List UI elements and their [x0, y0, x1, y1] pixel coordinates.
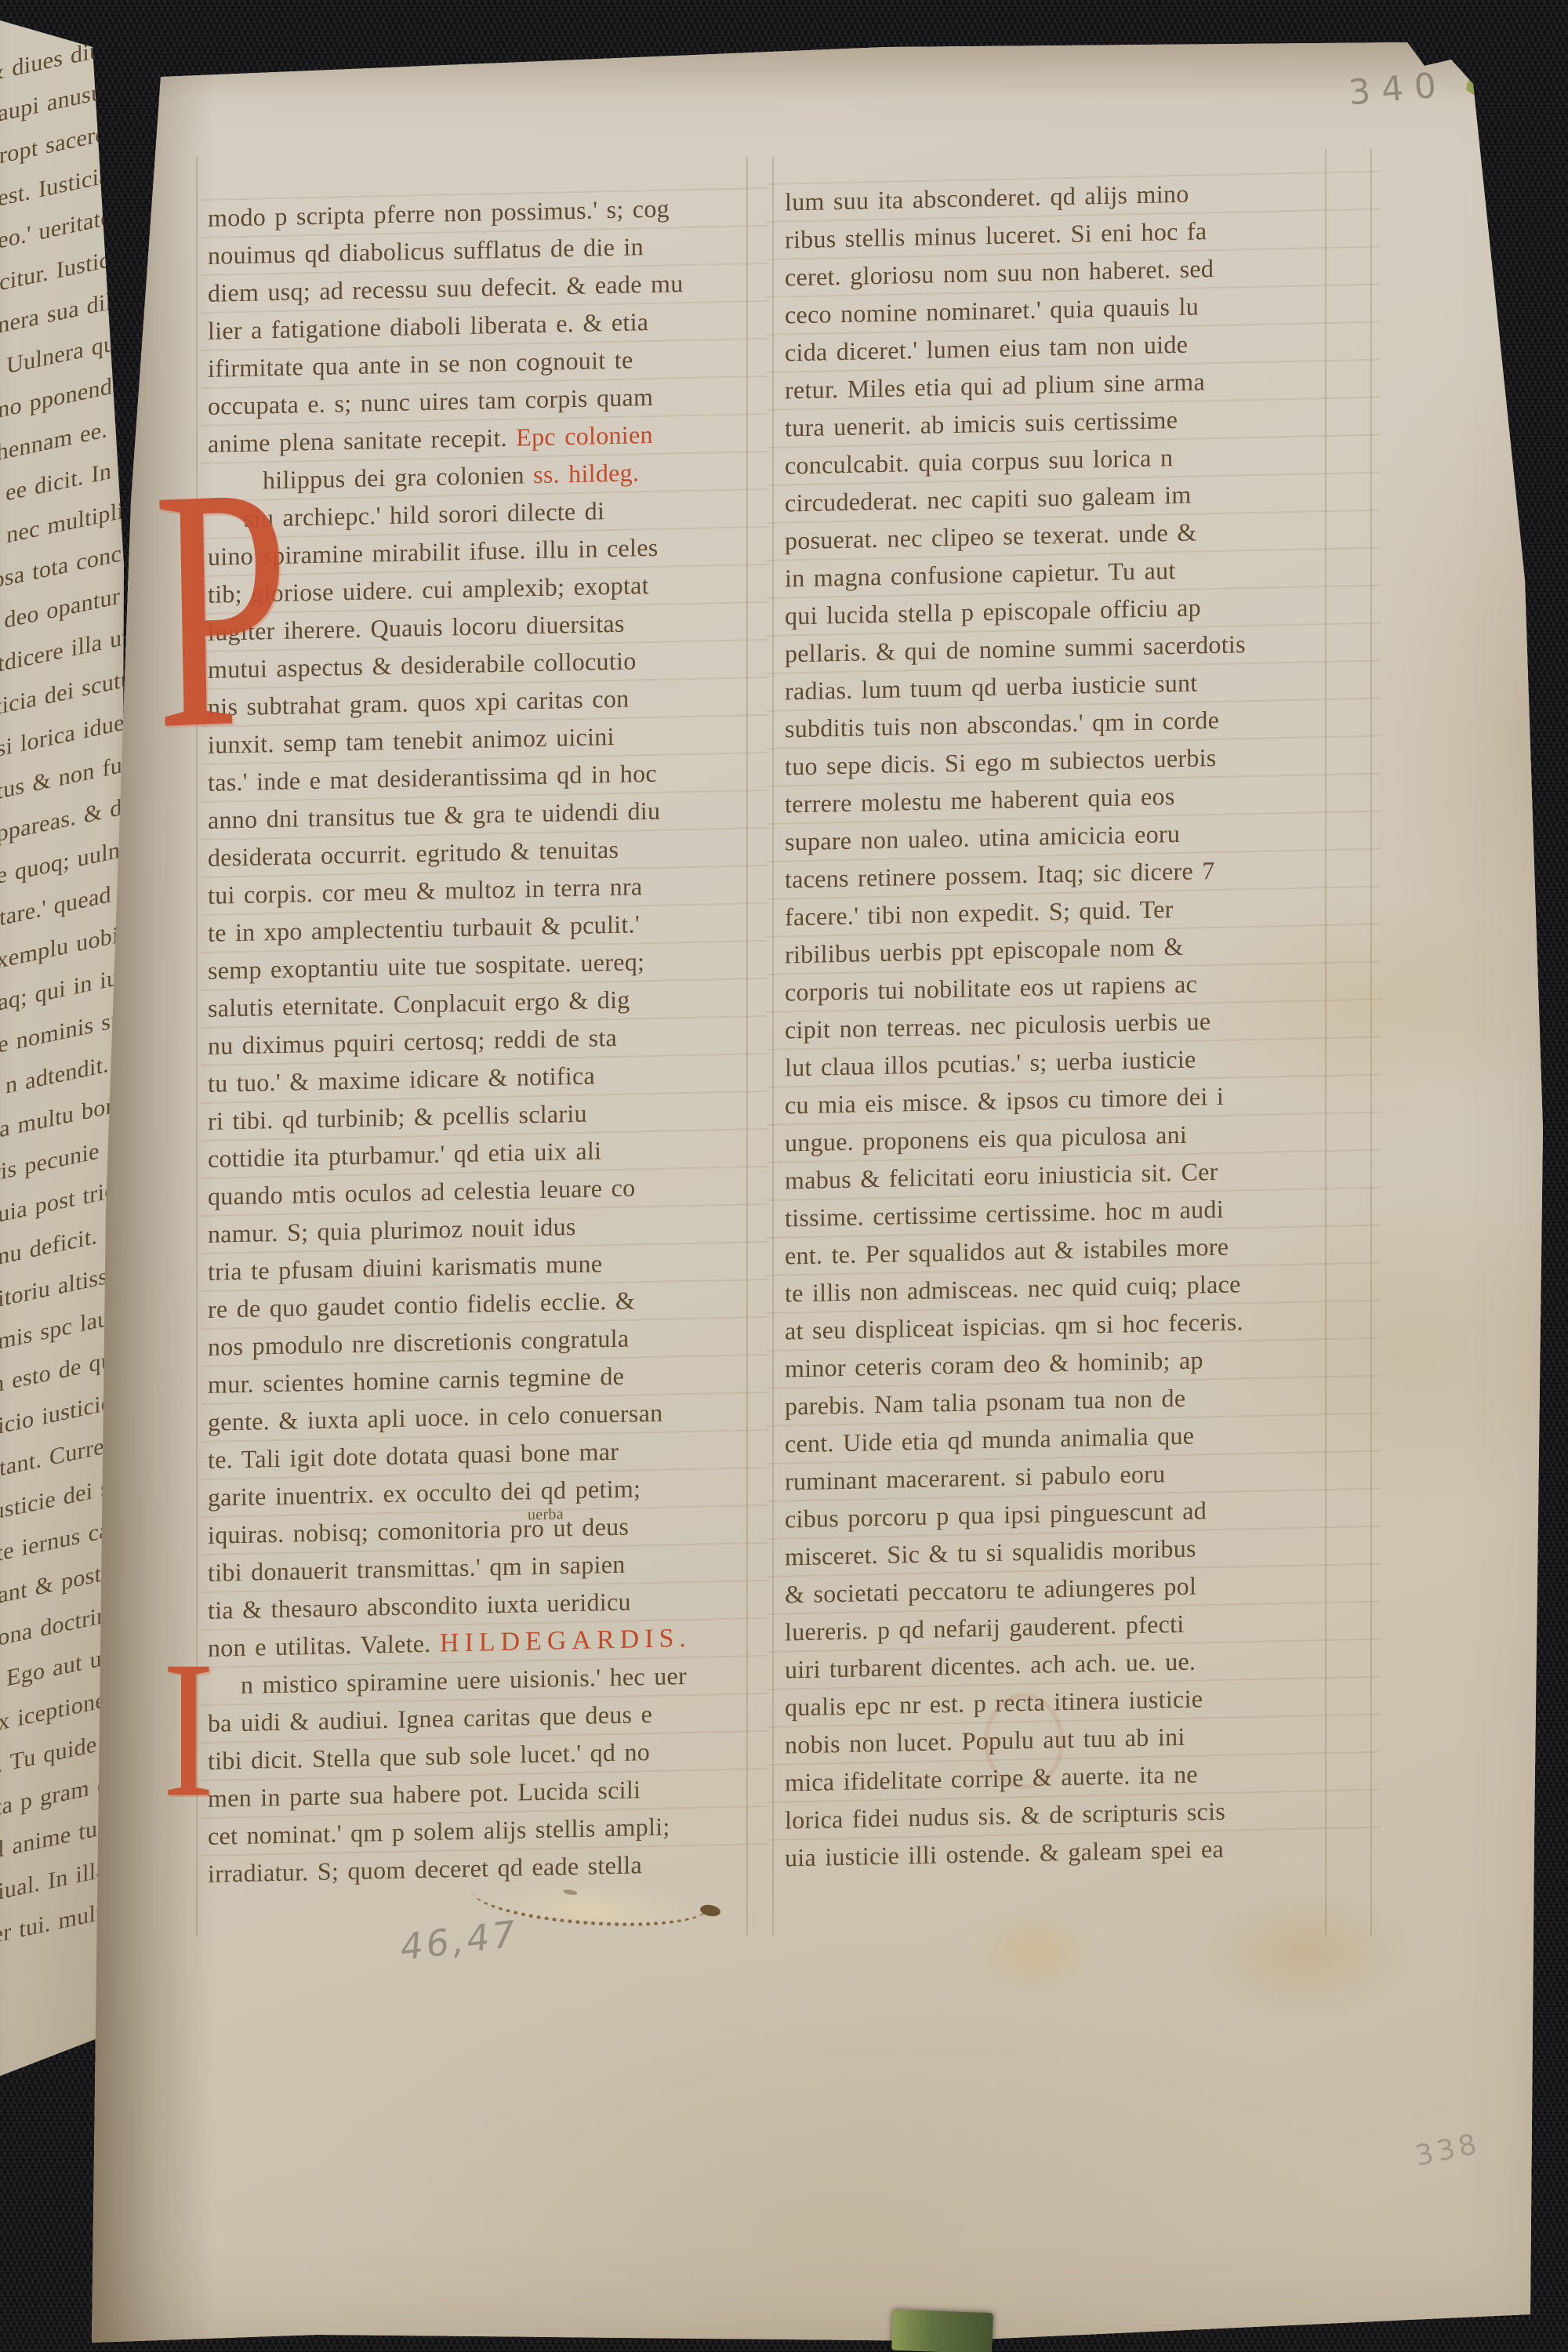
manuscript-page: modo p scripta pferre non possimus.' s; … — [82, 31, 1568, 2352]
manuscript-photo-scene: & diues diuitepaupi anusu daPropt sacerd… — [0, 0, 1568, 2352]
initial-P: P — [151, 434, 292, 784]
initial-I: I — [162, 1632, 215, 1828]
pencil-note-center: 46,47 — [397, 1912, 521, 1969]
right-text-column: lum suu ita absconderet. qd alijs minori… — [766, 171, 1381, 1877]
ring-stain — [984, 1693, 1064, 1789]
interlinear-gloss: uerba — [528, 1495, 564, 1534]
rubric-heading: HILDEGARDIS. — [440, 1624, 691, 1658]
green-strap — [891, 2310, 993, 2352]
pencil-note-bottom-right: 338 — [1413, 2128, 1483, 2173]
rubric-text: Epc colonien — [516, 420, 653, 452]
folio-number: 340 — [1347, 65, 1449, 114]
rubric-text: ss. hildeg. — [533, 458, 639, 488]
parchment-hole — [699, 1904, 721, 1918]
left-text-column: modo p scripta pferre non possimus.' s; … — [201, 187, 769, 1893]
